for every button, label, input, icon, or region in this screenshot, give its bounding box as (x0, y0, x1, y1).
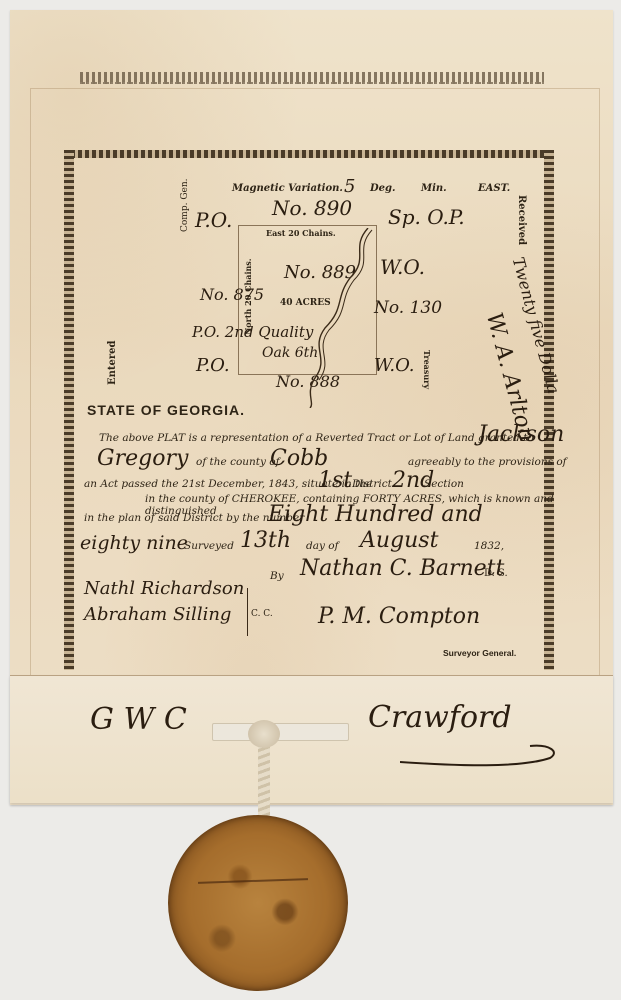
entered-label: Entered (107, 341, 118, 386)
comp-gen-label: Comp. Gen. (180, 179, 190, 233)
creek-line (290, 228, 380, 408)
state-heading: STATE OF GEORGIA. (87, 402, 245, 418)
top-right-note: Sp. O.P. (388, 205, 465, 229)
cord-knot (248, 720, 280, 748)
lot-number-right: No. 130 (374, 298, 442, 318)
magnetic-variation-label: Magnetic Variation. (232, 183, 343, 194)
deg-label: Deg. (370, 183, 396, 194)
grantee-first-name: Jackson (478, 422, 564, 447)
comp-gen-value: P.O. (195, 208, 232, 232)
chain-carrier-2: Abraham Silling (84, 604, 231, 625)
min-label: Min. (421, 183, 447, 194)
frame-border-top (64, 150, 554, 158)
provisions-text: agreeably to the provisions of (408, 456, 567, 468)
ds-label: D. S. (484, 568, 508, 579)
bottom-left-note: P.O. (196, 355, 230, 376)
grantee-last-name: Gregory (97, 446, 188, 471)
wax-seal (168, 815, 348, 991)
received-label: Received (516, 195, 527, 245)
cc-label: C. C. (251, 609, 273, 619)
direction-label: EAST. (478, 183, 510, 194)
lot-number-left: No. 875 (200, 285, 264, 304)
surveyor-general-signature: P. M. Compton (318, 604, 480, 629)
top-ornament-border (80, 72, 544, 84)
magnetic-variation-value: 5 (344, 176, 355, 197)
surveyor-signature: Nathan C. Barnett (300, 556, 504, 581)
signature-flourish (400, 740, 560, 770)
lot-number-top: No. 890 (272, 196, 352, 220)
chain-carrier-1: Nathl Richardson (84, 578, 244, 599)
surveyed-label: Surveyed (184, 540, 234, 552)
lot-number-words-2: eighty nine (80, 532, 188, 554)
district-label: District (352, 478, 392, 490)
treasury-label: Treasury (422, 350, 432, 389)
by-label: By (270, 570, 284, 582)
section-label: Section (424, 478, 464, 490)
governor-signature-surname: Crawford (368, 700, 512, 735)
survey-month: August (360, 528, 438, 553)
chain-carrier-bracket (243, 588, 248, 636)
survey-day: 13th (240, 528, 291, 553)
survey-year: 1832, (474, 540, 504, 552)
right-note: W.O. (380, 255, 425, 279)
body-line-1: The above PLAT is a representation of a … (99, 432, 534, 444)
frame-border-right (544, 150, 554, 670)
county-prefix: of the county of (196, 456, 280, 468)
governor-signature-initials: G W C (90, 702, 187, 737)
frame-border-left (64, 150, 74, 670)
day-of-label: day of (306, 540, 338, 552)
surveyor-general-label: Surveyor General. (443, 648, 516, 658)
district-number: 1st (318, 468, 352, 493)
lot-number-words-1: Eight Hundred and (268, 502, 483, 527)
ribbon-tab (212, 723, 349, 741)
bottom-right-note: W.O. (374, 355, 415, 376)
